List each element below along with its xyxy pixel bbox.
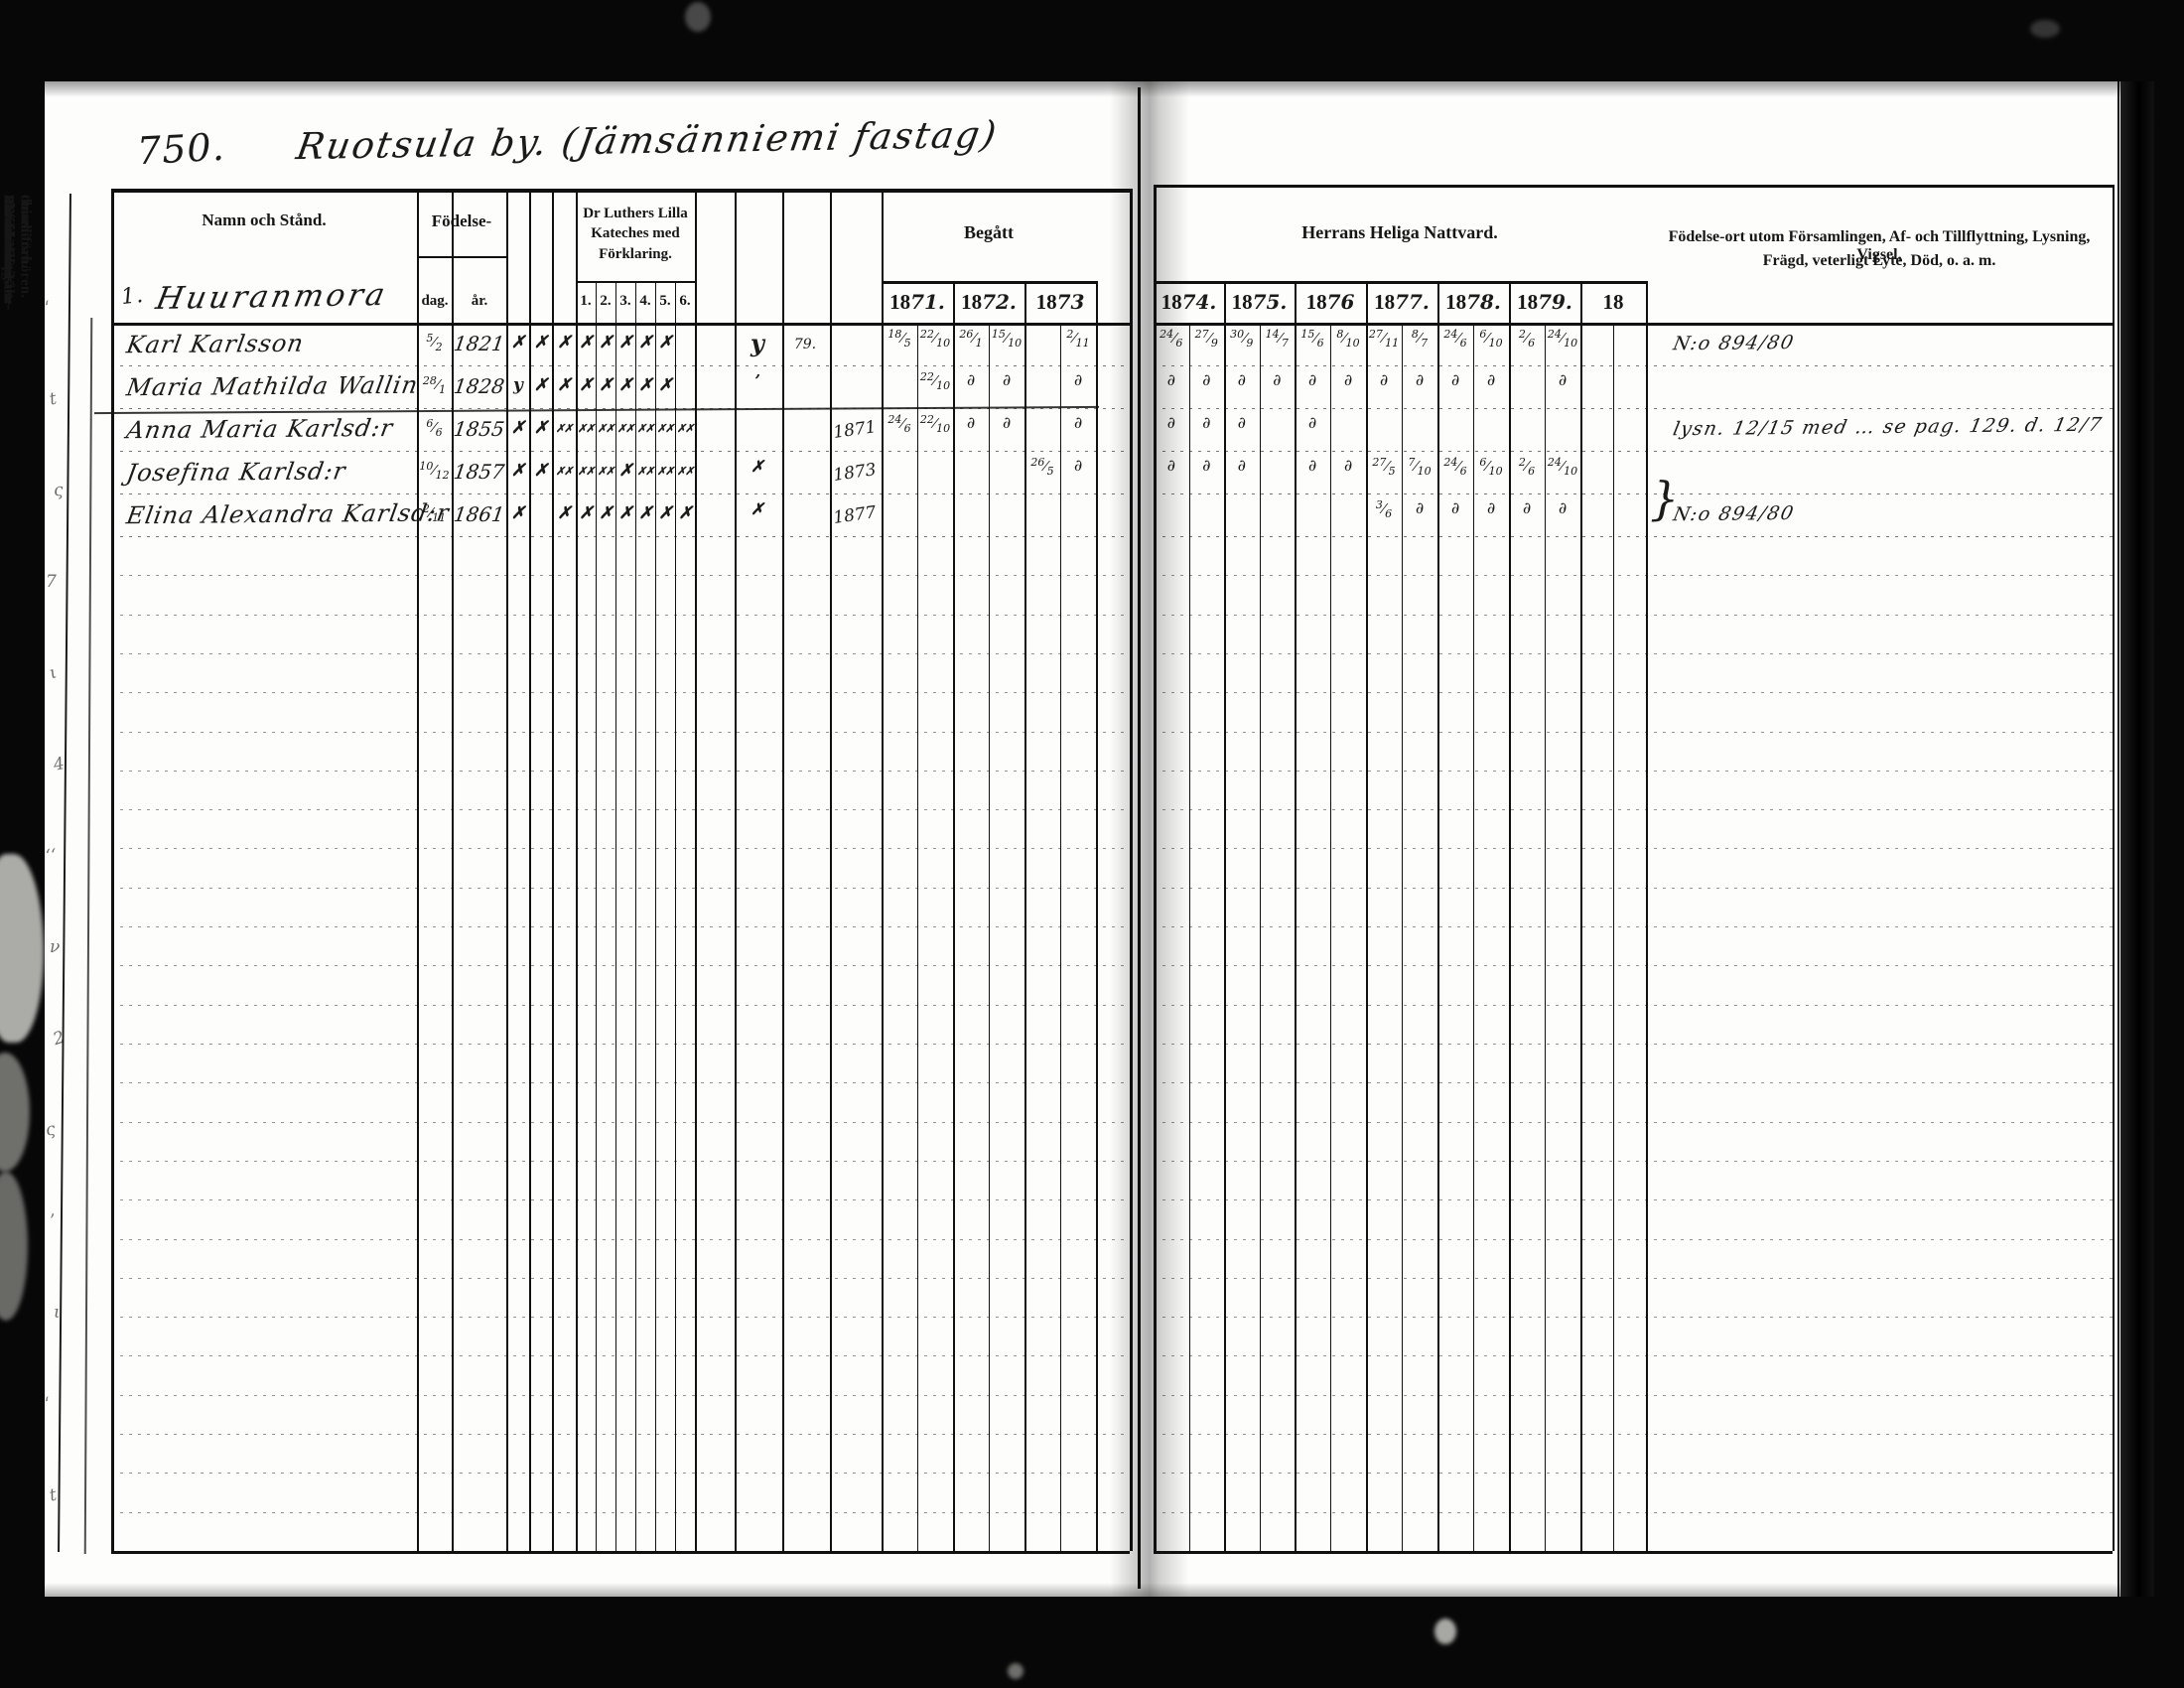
entry-mark: ✗ <box>635 503 655 523</box>
communion-date: 15⁄10 <box>989 328 1024 350</box>
communion-date: ∂ <box>1154 456 1189 476</box>
communion-date: ∂ <box>1060 456 1096 476</box>
communion-date: 7⁄10 <box>1402 456 1437 478</box>
kateches-subcolumn-number: 2. <box>596 293 615 310</box>
column-header-namn: Namn och Stånd. <box>111 211 417 230</box>
table-right-border <box>2113 185 2115 1551</box>
annotation-note: N:o 894/80 <box>1671 329 2103 355</box>
empty-row-baseline <box>1154 653 2113 654</box>
column-header-fodelse: Födelse- <box>417 211 506 231</box>
communion-date: 3⁄6 <box>1366 498 1402 520</box>
year-subcolumn-rule <box>1330 323 1331 1551</box>
entry-mark: ✗✗ <box>576 465 596 478</box>
row-baseline <box>111 536 1130 537</box>
communion-date: ∂ <box>1295 413 1330 433</box>
table-right-border <box>1130 189 1133 1551</box>
entry-mark: ✗✗ <box>596 422 615 435</box>
table-bottom-border <box>111 1551 1130 1554</box>
entry-mark: ✗ <box>552 333 576 352</box>
communion-date: ∂ <box>1154 370 1189 390</box>
kateches-subcolumn-number: 6. <box>675 293 695 310</box>
entry-mark: ✗ <box>596 333 615 352</box>
entry-mark: ✗ <box>552 375 576 395</box>
communion-date: ∂ <box>1545 370 1580 390</box>
empty-row-baseline <box>111 848 1130 849</box>
communion-date: 6⁄10 <box>1473 456 1509 478</box>
empty-row-baseline <box>111 1122 1130 1123</box>
column-header-begatt: Begått <box>882 222 1096 243</box>
table-rule-vertical <box>882 189 884 1551</box>
empty-row-baseline <box>111 965 1130 966</box>
communion-date: ∂ <box>1402 498 1437 518</box>
row-baseline <box>1154 451 2113 452</box>
entry-birth-year: 1828 <box>450 374 507 398</box>
entry-name: Anna Maria Karlsd:r <box>124 414 427 445</box>
entry-birth-day: 2⁄11 <box>417 502 452 524</box>
communion-date: ∂ <box>1295 456 1330 476</box>
entry-mark: ✗ <box>506 461 529 481</box>
communion-date: 24⁄6 <box>1437 456 1473 478</box>
empty-row-baseline <box>111 1512 1130 1513</box>
entry-mark: ✗ <box>635 333 655 352</box>
entry-forsummat-mark: 79. <box>782 337 828 352</box>
entry-mark: ✗ <box>576 375 596 395</box>
margin-scribble: ν <box>50 937 60 957</box>
annotation-note: N:o 894/80 <box>1671 499 2103 526</box>
empty-row-baseline <box>111 1355 1130 1356</box>
year-header: 1877. <box>1366 290 1437 315</box>
book-right-edge <box>2120 81 2154 1597</box>
communion-date: 22⁄10 <box>917 328 953 350</box>
communion-date: 27⁄11 <box>1366 328 1402 350</box>
margin-scribble: ʻʻ <box>45 845 58 866</box>
entry-forstar-mark: ʼ <box>735 371 780 390</box>
year-header: 1873 <box>1024 290 1096 315</box>
table-top-border <box>1154 185 2113 188</box>
kateches-subcolumn-number: 1. <box>576 293 596 310</box>
communion-date: ∂ <box>1224 370 1260 390</box>
year-header: 1879. <box>1509 290 1580 315</box>
communion-date: ∂ <box>1330 370 1366 390</box>
entry-mark: ✗✗ <box>596 465 615 478</box>
empty-row-baseline <box>111 575 1130 576</box>
entry-birth-day: 28⁄1 <box>417 374 452 396</box>
row-baseline <box>1154 536 2113 537</box>
entry-birth-year: 1821 <box>450 332 507 355</box>
header-bottom-rule <box>1154 323 2113 326</box>
row-baseline <box>111 493 1130 494</box>
communion-date: 26⁄5 <box>1024 456 1060 478</box>
empty-row-baseline <box>111 1199 1130 1200</box>
communion-date: 24⁄6 <box>1154 328 1189 350</box>
communion-date: ∂ <box>989 370 1024 390</box>
scan-dust <box>2030 20 2060 38</box>
empty-row-baseline <box>111 1082 1130 1083</box>
empty-row-baseline <box>1154 1082 2113 1083</box>
column-header-nattvard: Herrans Heliga Nattvard. <box>1154 222 1646 243</box>
table-top-border <box>111 189 1130 193</box>
year-subcolumn-rule <box>917 323 918 1551</box>
kateches-subcolumn-number: 4. <box>635 293 655 310</box>
empty-row-baseline <box>111 1317 1130 1318</box>
table-left-border <box>111 189 114 1551</box>
empty-row-baseline <box>1154 1473 2113 1474</box>
communion-date: 22⁄10 <box>917 370 953 392</box>
entry-mark: ✗ <box>529 333 552 352</box>
communion-date: 8⁄7 <box>1402 328 1437 350</box>
empty-row-baseline <box>111 926 1130 927</box>
communion-date: 24⁄10 <box>1545 456 1580 478</box>
entry-mark: ✗✗ <box>635 422 655 435</box>
column-header-kateches: Dr Luthers Lilla Kateches med Förklaring… <box>576 204 695 264</box>
page-edge-line <box>2117 81 2119 1597</box>
entry-name: Elina Alexandra Karlsd:r <box>124 499 427 530</box>
entry-mark: ✗ <box>675 503 695 523</box>
entry-mark: ✗✗ <box>675 465 695 478</box>
year-subcolumn-rule <box>1260 323 1261 1551</box>
row-baseline <box>111 365 1130 366</box>
year-header: 1875. <box>1224 290 1295 315</box>
entry-mark: ✗ <box>506 418 529 438</box>
year-subcolumn-rule <box>1189 323 1190 1551</box>
communion-date: ∂ <box>1060 413 1096 433</box>
entry-mark: ✗ <box>506 503 529 523</box>
communion-date: ∂ <box>953 370 989 390</box>
scan-dust <box>685 2 711 32</box>
entry-mark: ✗ <box>596 375 615 395</box>
entry-mark: ✗ <box>615 503 635 523</box>
empty-row-baseline <box>1154 965 2113 966</box>
communion-date: 24⁄6 <box>882 413 917 435</box>
communion-date: ∂ <box>1545 498 1580 518</box>
communion-date: 27⁄9 <box>1189 328 1225 350</box>
entry-forstar-mark: ✗ <box>735 457 780 476</box>
empty-row-baseline <box>111 1005 1130 1006</box>
begatt-years-rule <box>882 281 1096 284</box>
empty-row-baseline <box>1154 809 2113 810</box>
column-header-annotation-line2: Frägd, veterligt Lyte, Död, o. a. m. <box>1646 252 2113 270</box>
scan-paper-tab <box>0 1172 28 1321</box>
entry-mark: ✗ <box>615 333 635 352</box>
margin-scribble: 7 <box>46 572 57 592</box>
entry-mark: ✗ <box>635 375 655 395</box>
row-baseline <box>1154 493 2113 494</box>
empty-row-baseline <box>1154 1005 2113 1006</box>
entry-mark: ✗✗ <box>675 422 695 435</box>
year-subcolumn-rule <box>1060 323 1061 1551</box>
empty-row-baseline <box>111 1161 1130 1162</box>
empty-row-baseline <box>1154 771 2113 772</box>
empty-row-baseline <box>1154 1512 2113 1513</box>
table-rule-vertical <box>1646 281 1648 1551</box>
entry-mark: ✗ <box>596 503 615 523</box>
entry-forstar-mark: y <box>735 329 780 357</box>
row-baseline <box>111 451 1130 452</box>
section-heading: Huuranmora <box>153 277 390 317</box>
communion-date: 18⁄5 <box>882 328 917 350</box>
empty-row-baseline <box>111 1239 1130 1240</box>
entry-forstar-mark: ✗ <box>735 499 780 518</box>
entry-mark: ✗ <box>615 375 635 395</box>
empty-row-baseline <box>1154 888 2113 889</box>
empty-row-baseline <box>1154 926 2113 927</box>
communion-date: ∂ <box>1437 498 1473 518</box>
table-rule-vertical <box>830 189 832 1551</box>
communion-date: ∂ <box>1473 370 1509 390</box>
entry-mark: ✗ <box>529 375 552 395</box>
year-header: 1872. <box>953 290 1024 315</box>
empty-row-baseline <box>111 1278 1130 1279</box>
communion-date: ∂ <box>1509 498 1545 518</box>
section-heading-prefix: 1. <box>120 283 145 310</box>
entry-birth-year: 1861 <box>450 502 507 526</box>
empty-row-baseline <box>111 1044 1130 1045</box>
entry-mark: ✗✗ <box>552 465 576 478</box>
scan-dust <box>1008 1663 1024 1679</box>
empty-row-baseline <box>1154 615 2113 616</box>
kateches-subcolumn-number: 3. <box>615 293 635 310</box>
margin-scribble: ι <box>54 1303 61 1323</box>
empty-row-baseline <box>1154 848 2113 849</box>
nattvard-years-rule <box>1154 281 1646 284</box>
communion-date: ∂ <box>1260 370 1296 390</box>
header-bottom-rule <box>111 323 1130 326</box>
entry-mark: ✗ <box>529 418 552 438</box>
entry-mark: ✗ <box>655 503 675 523</box>
empty-row-baseline <box>1154 1355 2113 1356</box>
communion-date: ∂ <box>1060 370 1096 390</box>
communion-date: 27⁄5 <box>1366 456 1402 478</box>
year-subcolumn-rule <box>989 323 990 1551</box>
table-rule-vertical <box>953 281 955 1551</box>
communion-date: 30⁄9 <box>1224 328 1260 350</box>
scan-paper-tab <box>0 1053 30 1172</box>
communion-date: ∂ <box>1366 370 1402 390</box>
communion-date: ∂ <box>1154 413 1189 433</box>
empty-row-baseline <box>1154 1278 2113 1279</box>
empty-row-baseline <box>1154 1239 2113 1240</box>
row-baseline <box>1154 408 2113 409</box>
year-header: 1878. <box>1437 290 1509 315</box>
entry-mark: ✗✗ <box>635 465 655 478</box>
page-number: 750. <box>136 125 226 174</box>
entry-mark: y <box>506 375 529 395</box>
empty-row-baseline <box>1154 692 2113 693</box>
empty-row-baseline <box>111 692 1130 693</box>
empty-row-baseline <box>1154 1161 2113 1162</box>
entry-mark: ✗✗ <box>615 422 635 435</box>
table-rule-vertical <box>1096 281 1098 1551</box>
year-header: 1874. <box>1154 290 1224 315</box>
entry-mark: ✗ <box>615 461 635 481</box>
communion-date: 15⁄6 <box>1295 328 1330 350</box>
communion-date: ∂ <box>1189 456 1225 476</box>
table-rule-vertical <box>782 189 784 1551</box>
empty-row-baseline <box>1154 1122 2113 1123</box>
table-rule-vertical <box>1580 281 1582 1551</box>
entry-mark: ✗ <box>552 503 576 523</box>
entry-mark: ✗ <box>506 333 529 352</box>
communion-date: 2⁄6 <box>1509 328 1545 350</box>
page-fold-line <box>1138 87 1141 1589</box>
empty-row-baseline <box>111 1473 1130 1474</box>
entry-mark: ✗ <box>655 375 675 395</box>
communion-date: 2⁄6 <box>1509 456 1545 478</box>
communion-date: 26⁄1 <box>953 328 989 350</box>
communion-date: ∂ <box>1330 456 1366 476</box>
communion-date: ∂ <box>1295 370 1330 390</box>
empty-row-baseline <box>1154 575 2113 576</box>
table-rule-vertical <box>735 189 737 1551</box>
communion-date: ∂ <box>1437 370 1473 390</box>
column-header-blifvit-admitterad: Blifvit Admit- terad. <box>0 195 38 322</box>
empty-row-baseline <box>111 1434 1130 1435</box>
communion-date: 6⁄10 <box>1473 328 1509 350</box>
communion-date: ∂ <box>989 413 1024 433</box>
communion-date: 8⁄10 <box>1330 328 1366 350</box>
entry-name: Maria Mathilda Wallin <box>124 371 427 402</box>
communion-date: ∂ <box>953 413 989 433</box>
entry-mark: ✗✗ <box>655 465 675 478</box>
communion-date: 2⁄11 <box>1060 328 1096 350</box>
entry-mark: ✗ <box>576 503 596 523</box>
entry-mark: ✗✗ <box>552 422 576 435</box>
empty-row-baseline <box>1154 1199 2113 1200</box>
column-header-ar: år. <box>453 293 506 310</box>
empty-row-baseline <box>1154 1317 2113 1318</box>
annotation-note: lysn. 12/15 med … se pag. 129. d. 12/7 7… <box>1671 414 2103 441</box>
communion-date: ∂ <box>1402 370 1437 390</box>
communion-date: 22⁄10 <box>917 413 953 435</box>
kateches-subcolumn-number: 5. <box>655 293 675 310</box>
year-header: 1871. <box>882 290 953 315</box>
empty-row-baseline <box>1154 1395 2113 1396</box>
entry-birth-day: 6⁄6 <box>417 417 452 439</box>
empty-row-baseline <box>1154 1044 2113 1045</box>
empty-row-baseline <box>111 615 1130 616</box>
entry-mark: ✗ <box>529 461 552 481</box>
communion-date: 14⁄7 <box>1260 328 1296 350</box>
margin-scribble: ς <box>53 481 65 501</box>
empty-row-baseline <box>111 653 1130 654</box>
scan-dust <box>1434 1618 1456 1644</box>
communion-date: ∂ <box>1189 370 1225 390</box>
scanned-parish-register: 750. Ruotsula by. (Jämsänniemi fastag) N… <box>0 0 2184 1688</box>
year-header: 1876 <box>1295 290 1366 315</box>
communion-date: ∂ <box>1224 413 1260 433</box>
empty-row-baseline <box>111 809 1130 810</box>
column-header-dag: dag. <box>418 293 452 310</box>
entry-birth-year: 1855 <box>450 417 507 441</box>
entry-mark: ✗✗ <box>655 422 675 435</box>
empty-row-baseline <box>1154 1434 2113 1435</box>
communion-date: ∂ <box>1189 413 1225 433</box>
empty-row-baseline <box>111 771 1130 772</box>
table-rule-vertical <box>695 189 697 1551</box>
entry-birth-year: 1857 <box>450 460 507 484</box>
entry-birth-day: 10⁄12 <box>417 460 452 482</box>
entry-mark: ✗ <box>576 333 596 352</box>
communion-date: ∂ <box>1224 456 1260 476</box>
communion-date: 24⁄6 <box>1437 328 1473 350</box>
year-subcolumn-rule <box>1613 323 1614 1551</box>
year-header: 18 <box>1580 290 1646 315</box>
communion-date: 24⁄10 <box>1545 328 1580 350</box>
empty-row-baseline <box>1154 732 2113 733</box>
entry-mark: ✗ <box>655 333 675 352</box>
fodelse-split-rule <box>417 256 506 258</box>
scan-paper-tab <box>0 854 44 1043</box>
empty-row-baseline <box>111 732 1130 733</box>
entry-name: Josefina Karlsd:r <box>124 457 427 488</box>
empty-row-baseline <box>111 888 1130 889</box>
row-baseline <box>1154 365 2113 366</box>
entry-name: Karl Karlsson <box>124 329 427 359</box>
empty-row-baseline <box>111 1395 1130 1396</box>
entry-mark: ✗✗ <box>576 422 596 435</box>
table-bottom-border <box>1154 1551 2113 1554</box>
communion-date: ∂ <box>1473 498 1509 518</box>
entry-birth-day: 5⁄2 <box>417 332 452 353</box>
